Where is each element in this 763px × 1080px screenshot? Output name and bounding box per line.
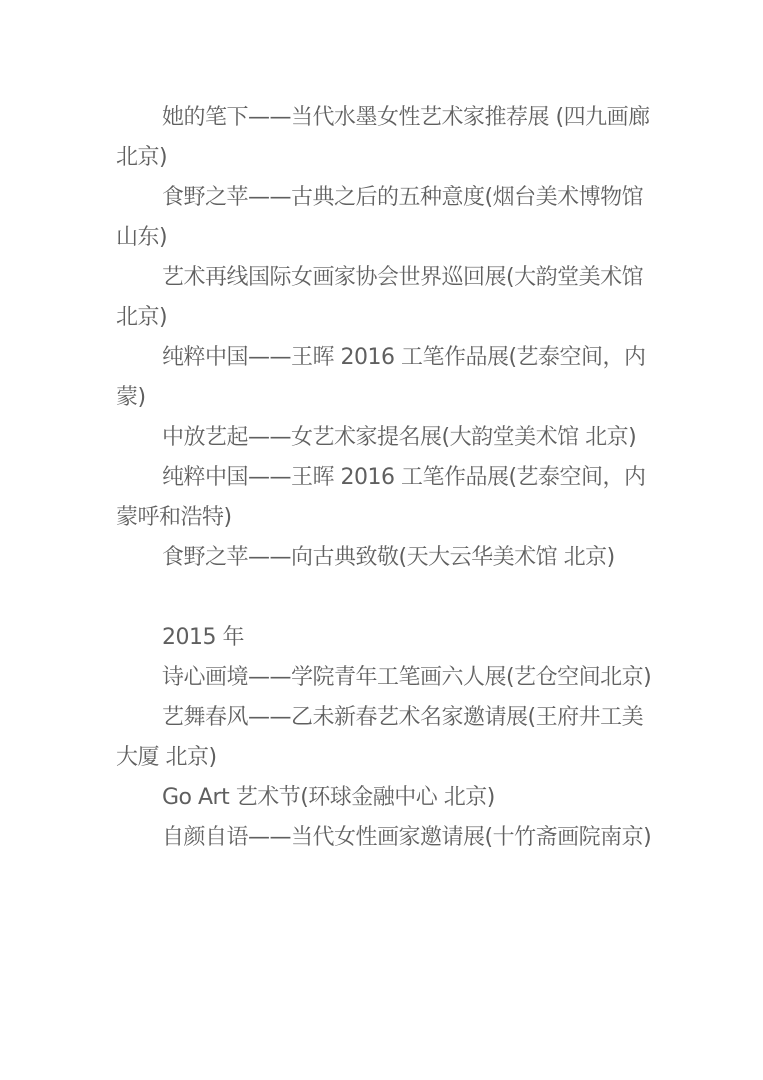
exhibition-entry: 艺术再线国际女画家协会世界巡回展(大韵堂美术馆 北京) <box>116 258 656 338</box>
document-page: 她的笔下——当代水墨女性艺术家推荐展 (四九画廊 北京) 食野之苹——古典之后的… <box>116 98 656 858</box>
exhibition-entry: 中放艺起——女艺术家提名展(大韵堂美术馆 北京) <box>116 418 656 458</box>
exhibition-entry: 食野之苹——古典之后的五种意度(烟台美术博物馆 山东) <box>116 178 656 258</box>
blank-line <box>116 578 656 618</box>
exhibition-entry: 自颜自语——当代女性画家邀请展(十竹斋画院南京) <box>116 818 656 858</box>
exhibition-entry: 诗心画境——学院青年工笔画六人展(艺仓空间北京) <box>116 658 656 698</box>
exhibition-entry: 她的笔下——当代水墨女性艺术家推荐展 (四九画廊 北京) <box>116 98 656 178</box>
exhibition-entry: 食野之苹——向古典致敬(天大云华美术馆 北京) <box>116 538 656 578</box>
exhibition-entry: Go Art 艺术节(环球金融中心 北京) <box>116 778 656 818</box>
exhibition-entry: 纯粹中国——王晖 2016 工笔作品展(艺泰空间，内蒙) <box>116 338 656 418</box>
exhibition-entry: 艺舞春风——乙未新春艺术名家邀请展(王府井工美大厦 北京) <box>116 698 656 778</box>
exhibition-entry: 纯粹中国——王晖 2016 工笔作品展(艺泰空间，内蒙呼和浩特) <box>116 458 656 538</box>
year-heading: 2015 年 <box>116 618 656 658</box>
